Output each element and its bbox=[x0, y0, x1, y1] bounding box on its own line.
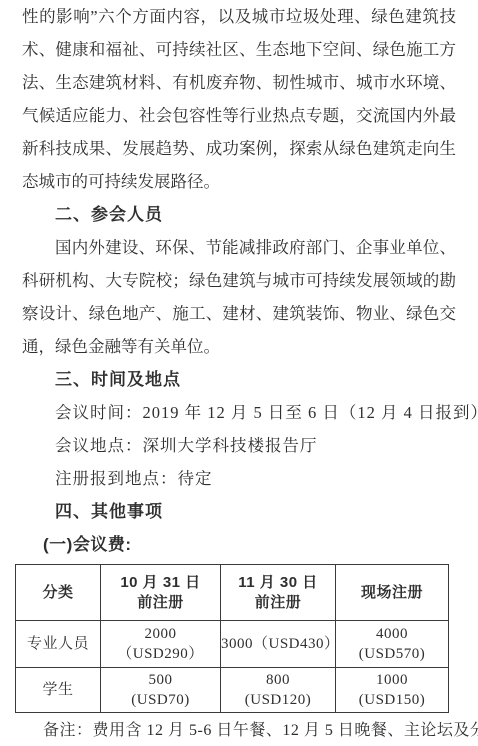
cell-fee: 4000 (USD570) bbox=[336, 621, 449, 668]
attendees-paragraph: 国内外建设、环保、节能减排政府部门、企事业单位、 科研机构、大专院校；绿色建筑与… bbox=[22, 231, 456, 363]
cell-fee: 1000 (USD150) bbox=[336, 668, 449, 713]
paragraph-line: 性的影响”六个方面内容，以及城市垃圾处理、绿色建筑技 bbox=[22, 0, 456, 33]
cell-text: 3000（USD430） bbox=[221, 634, 335, 654]
paragraph-line: 气候适应能力、社会包容性等行业热点专题，交流国内外最 bbox=[22, 99, 456, 132]
paragraph-line: 法、生态建筑材料、有机废弃物、韧性城市、城市水环境、 bbox=[22, 66, 456, 99]
fee-table-header-row: 分类 10 月 31 日 前注册 11 月 30 日 前注册 现场注册 bbox=[16, 565, 449, 621]
paragraph-line: 术、健康和福祉、可持续社区、生态地下空间、绿色施工方 bbox=[22, 33, 456, 66]
section-heading-time-place: 三、时间及地点 bbox=[22, 363, 456, 396]
paragraph-line: 通，绿色金融等有关单位。 bbox=[22, 330, 456, 363]
registration-place-line: 注册报到地点：待定 bbox=[22, 462, 456, 495]
fee-table-row-professional: 专业人员 2000 （USD290） 3000（USD430） 4000 (US… bbox=[16, 621, 449, 668]
cell-fee: 2000 （USD290） bbox=[101, 621, 221, 668]
fee-table-header-onsite: 现场注册 bbox=[336, 565, 449, 621]
document-page: 性的影响”六个方面内容，以及城市垃圾处理、绿色建筑技 术、健康和福祉、可持续社区… bbox=[0, 0, 478, 746]
paragraph-line: 国内外建设、环保、节能减排政府部门、企事业单位、 bbox=[22, 231, 456, 264]
paragraph-line: 新科技成果、发展趋势、成功案例，探索从绿色建筑走向生 bbox=[22, 132, 456, 165]
meeting-time-line: 会议时间：2019 年 12 月 5 日至 6 日（12 月 4 日报到） bbox=[22, 396, 456, 429]
cell-text: 学生 bbox=[16, 680, 100, 700]
cell-text: 500 bbox=[101, 670, 220, 690]
fee-table-wrapper: 分类 10 月 31 日 前注册 11 月 30 日 前注册 现场注册 专业人员 bbox=[15, 564, 456, 713]
paragraph-line: 科研机构、大专院校；绿色建筑与城市可持续发展领域的勘 bbox=[22, 264, 456, 297]
cell-text: (USD150) bbox=[336, 690, 448, 710]
fee-table-header-category: 分类 bbox=[16, 565, 101, 621]
fee-note-line: 备注：费用含 12 月 5-6 日午餐、12 月 5 日晚餐、主论坛及分论 bbox=[22, 716, 456, 746]
cell-fee: 500 (USD70) bbox=[101, 668, 221, 713]
paragraph-line: 态城市的可持续发展路径。 bbox=[22, 165, 456, 198]
cell-fee: 800 (USD120) bbox=[221, 668, 336, 713]
fee-table-row-student: 学生 500 (USD70) 800 (USD120) 1000 (USD150… bbox=[16, 668, 449, 713]
cell-category: 专业人员 bbox=[16, 621, 101, 668]
fee-table-header-early-oct: 10 月 31 日 前注册 bbox=[101, 565, 221, 621]
meeting-place-line: 会议地点：深圳大学科技楼报告厅 bbox=[22, 429, 456, 462]
intro-paragraph: 性的影响”六个方面内容，以及城市垃圾处理、绿色建筑技 术、健康和福祉、可持续社区… bbox=[22, 0, 456, 198]
section-heading-other: 四、其他事项 bbox=[22, 495, 456, 528]
cell-text: 专业人员 bbox=[16, 634, 100, 654]
cell-text: (USD120) bbox=[221, 690, 335, 710]
header-cell-text: 分类 bbox=[16, 583, 100, 603]
cell-text: 2000 bbox=[101, 624, 220, 644]
header-cell-text: 10 月 31 日 bbox=[101, 573, 220, 593]
header-cell-text: 现场注册 bbox=[336, 583, 448, 603]
header-cell-text: 前注册 bbox=[101, 593, 220, 613]
header-cell-text: 前注册 bbox=[221, 593, 335, 613]
cell-category: 学生 bbox=[16, 668, 101, 713]
cell-text: (USD70) bbox=[101, 690, 220, 710]
cell-text: 1000 bbox=[336, 670, 448, 690]
paragraph-line: 察设计、绿色地产、施工、建材、建筑装饰、物业、绿色交 bbox=[22, 297, 456, 330]
cell-text: (USD570) bbox=[336, 644, 448, 664]
fee-table-header-early-nov: 11 月 30 日 前注册 bbox=[221, 565, 336, 621]
cell-text: 800 bbox=[221, 670, 335, 690]
fee-subheading: (一)会议费: bbox=[22, 528, 456, 561]
section-heading-attendees: 二、参会人员 bbox=[22, 198, 456, 231]
cell-fee: 3000（USD430） bbox=[221, 621, 336, 668]
header-cell-text: 11 月 30 日 bbox=[221, 573, 335, 593]
fee-table: 分类 10 月 31 日 前注册 11 月 30 日 前注册 现场注册 专业人员 bbox=[15, 564, 449, 713]
cell-text: 4000 bbox=[336, 624, 448, 644]
cell-text: （USD290） bbox=[101, 644, 220, 664]
